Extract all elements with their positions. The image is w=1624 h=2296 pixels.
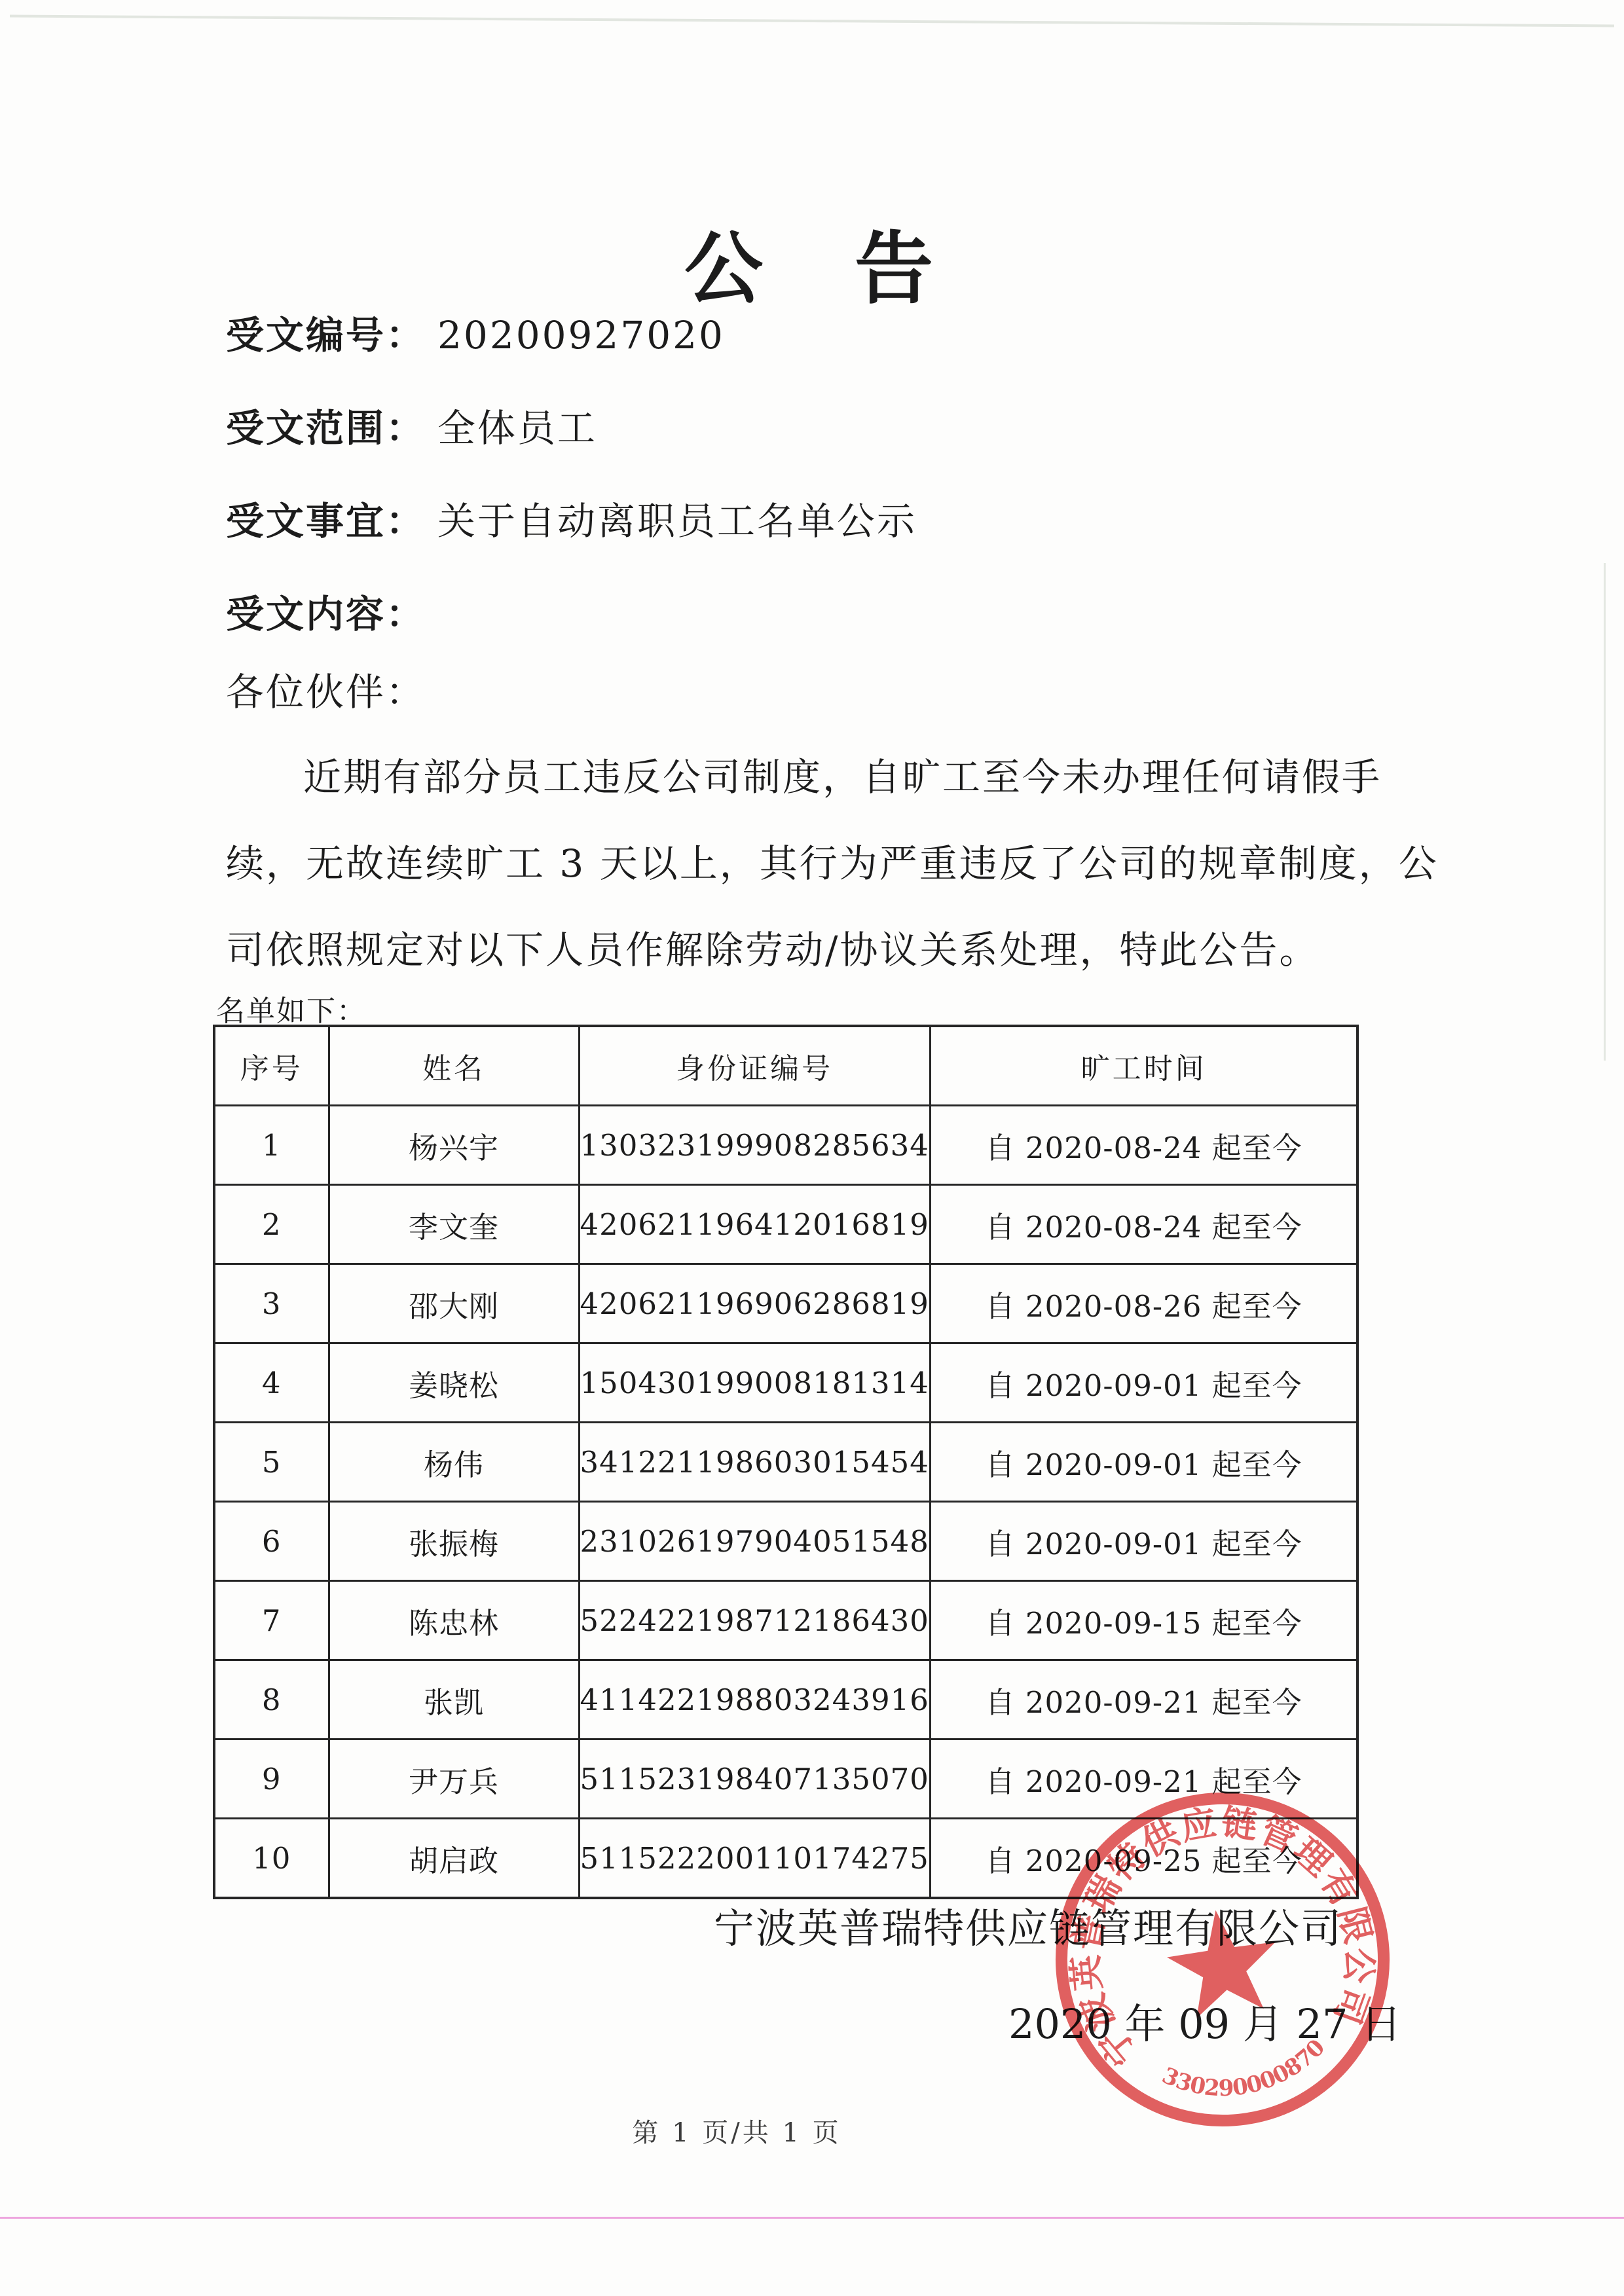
table-row: 7陈忠林522422198712186430自 2020-09-15 起至今	[214, 1581, 1357, 1660]
header-serial-number: 序号	[214, 1026, 329, 1106]
cell-serial-number: 10	[214, 1819, 329, 1899]
meta-line-doc-number: 受文编号：20200927020	[226, 304, 725, 359]
cell-id-number: 511523198407135070	[579, 1740, 930, 1819]
doc-subject-value: 关于自动离职员工名单公示	[437, 499, 917, 543]
cell-serial-number: 7	[214, 1581, 329, 1660]
cell-id-number: 231026197904051548	[579, 1502, 930, 1581]
cell-absence-time: 自 2020-08-26 起至今	[930, 1264, 1357, 1343]
cell-serial-number: 6	[214, 1502, 329, 1581]
cell-id-number: 341221198603015454	[579, 1423, 930, 1502]
absentee-roster-table: 序号 姓名 身份证编号 旷工时间 1杨兴宇130323199908285634自…	[213, 1025, 1359, 1899]
seal-star-icon	[1162, 1903, 1285, 2021]
cell-absence-time: 自 2020-09-15 起至今	[930, 1581, 1357, 1660]
cell-absence-time: 自 2020-09-01 起至今	[930, 1423, 1357, 1502]
cell-id-number: 522422198712186430	[579, 1581, 930, 1660]
cell-serial-number: 5	[214, 1423, 329, 1502]
cell-id-number: 420621196412016819	[579, 1185, 930, 1264]
page-title: 公 告	[0, 206, 1624, 319]
cell-name: 姜晓松	[329, 1343, 579, 1423]
cell-id-number: 150430199008181314	[579, 1343, 930, 1423]
meta-line-doc-subject: 受文事宜：关于自动离职员工名单公示	[226, 490, 917, 545]
table-row: 5杨伟341221198603015454自 2020-09-01 起至今	[214, 1423, 1357, 1502]
salutation: 各位伙伴：	[226, 661, 426, 716]
cell-id-number: 420621196906286819	[579, 1264, 930, 1343]
table-row: 3邵大刚420621196906286819自 2020-08-26 起至今	[214, 1264, 1357, 1343]
meta-line-doc-content: 受文内容：	[226, 583, 437, 638]
table-row: 1杨兴宇130323199908285634自 2020-08-24 起至今	[214, 1106, 1357, 1185]
cell-name: 杨兴宇	[329, 1106, 579, 1185]
header-name: 姓名	[329, 1026, 579, 1106]
table-row: 6张振梅231026197904051548自 2020-09-01 起至今	[214, 1502, 1357, 1581]
cell-serial-number: 9	[214, 1740, 329, 1819]
table-row: 4姜晓松150430199008181314自 2020-09-01 起至今	[214, 1343, 1357, 1423]
doc-content-label: 受文内容：	[226, 592, 426, 636]
doc-subject-label: 受文事宜：	[226, 499, 426, 543]
body-line-2: 续，无故连续旷工 3 天以上，其行为严重违反了公司的规章制度，公	[226, 833, 1405, 888]
cell-serial-number: 2	[214, 1185, 329, 1264]
header-absence-time: 旷工时间	[930, 1026, 1357, 1106]
cell-name: 陈忠林	[329, 1581, 579, 1660]
cell-serial-number: 1	[214, 1106, 329, 1185]
doc-scope-value: 全体员工	[437, 406, 597, 450]
cell-absence-time: 自 2020-09-01 起至今	[930, 1343, 1357, 1423]
scan-edge-right-line	[1604, 563, 1606, 1061]
body-line-3: 司依照规定对以下人员作解除劳动/协议关系处理，特此公告。	[226, 919, 1405, 974]
scan-edge-top-line	[10, 15, 1614, 27]
scanned-announcement-page: { "colors": { "seal_red": "#df5050", "sc…	[0, 0, 1624, 2296]
cell-name: 李文奎	[329, 1185, 579, 1264]
cell-id-number: 411422198803243916	[579, 1660, 930, 1740]
cell-absence-time: 自 2020-08-24 起至今	[930, 1106, 1357, 1185]
cell-name: 张凯	[329, 1660, 579, 1740]
body-line-1: 近期有部分员工违反公司制度，自旷工至今未办理任何请假手	[226, 746, 1482, 801]
cell-absence-time: 自 2020-09-01 起至今	[930, 1502, 1357, 1581]
table-header-row: 序号 姓名 身份证编号 旷工时间	[214, 1026, 1357, 1106]
cell-absence-time: 自 2020-09-21 起至今	[930, 1660, 1357, 1740]
cell-serial-number: 4	[214, 1343, 329, 1423]
table-row: 2李文奎420621196412016819自 2020-08-24 起至今	[214, 1185, 1357, 1264]
doc-scope-label: 受文范围：	[226, 406, 426, 450]
doc-number-label: 受文编号：	[226, 313, 426, 357]
cell-serial-number: 8	[214, 1660, 329, 1740]
cell-name: 邵大刚	[329, 1264, 579, 1343]
list-intro: 名单如下：	[216, 987, 367, 1029]
cell-name: 胡启政	[329, 1819, 579, 1899]
cell-name: 杨伟	[329, 1423, 579, 1502]
header-id-number: 身份证编号	[579, 1026, 930, 1106]
cell-id-number: 511522200110174275	[579, 1819, 930, 1899]
scan-pink-line	[0, 2217, 1624, 2219]
cell-name: 尹万兵	[329, 1740, 579, 1819]
company-seal: 宁波英普瑞特供应链管理有限公司 3302900008708	[1039, 1776, 1406, 2143]
cell-absence-time: 自 2020-08-24 起至今	[930, 1185, 1357, 1264]
cell-name: 张振梅	[329, 1502, 579, 1581]
meta-line-doc-scope: 受文范围：全体员工	[226, 397, 597, 452]
doc-number-value: 20200927020	[437, 313, 725, 357]
cell-id-number: 130323199908285634	[579, 1106, 930, 1185]
table-row: 8张凯411422198803243916自 2020-09-21 起至今	[214, 1660, 1357, 1740]
cell-serial-number: 3	[214, 1264, 329, 1343]
